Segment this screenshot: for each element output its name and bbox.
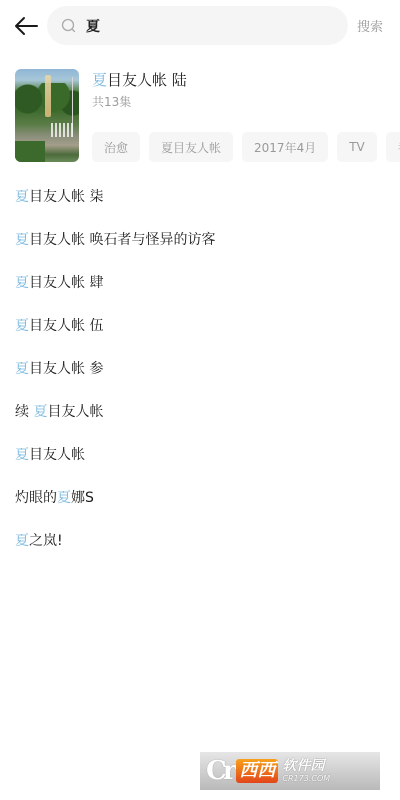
result-item[interactable]: 夏目友人帐 参 (15, 358, 385, 401)
tag-list: 治愈 夏目友人帐 2017年4月 TV 番 (92, 132, 400, 162)
result-item[interactable]: 夏目友人帐 柒 (15, 186, 385, 229)
title-highlight: 夏 (92, 71, 107, 89)
watermark-mark: Cr (206, 756, 232, 786)
result-item[interactable]: 夏目友人帐 肆 (15, 272, 385, 315)
match-highlight: 夏 (15, 275, 29, 291)
search-input[interactable] (86, 18, 316, 34)
tag-more[interactable]: 番 (386, 132, 400, 162)
arrow-left-icon (13, 16, 39, 36)
match-highlight: 夏 (15, 447, 29, 463)
search-bar[interactable] (47, 6, 348, 45)
back-button[interactable] (12, 12, 40, 40)
watermark-url: CR173.COM (282, 775, 330, 783)
match-highlight: 夏 (15, 232, 29, 248)
result-item[interactable]: 夏之岚! (15, 530, 385, 573)
result-item[interactable]: 续 夏目友人帐 (15, 401, 385, 444)
match-highlight: 夏 (33, 404, 47, 420)
search-results-list: 夏目友人帐 柒 夏目友人帐 唤石者与怪异的访客 夏目友人帐 肆 夏目友人帐 伍 … (15, 186, 385, 573)
result-item[interactable]: 夏目友人帐 伍 (15, 315, 385, 358)
tag-format[interactable]: TV (337, 132, 377, 162)
episode-count: 共13集 (92, 93, 131, 110)
search-icon (61, 18, 77, 34)
watermark-logo: Cr 西西 软件园 CR173.COM (200, 752, 380, 790)
match-highlight: 夏 (15, 533, 29, 549)
watermark-brand: 西西 (236, 759, 278, 783)
featured-title[interactable]: 夏目友人帐 陆 (92, 69, 187, 90)
tag-date[interactable]: 2017年4月 (242, 132, 328, 162)
title-text: 目友人帐 陆 (107, 71, 187, 89)
match-highlight: 夏 (15, 318, 29, 334)
result-item[interactable]: 夏目友人帐 唤石者与怪异的访客 (15, 229, 385, 272)
result-item[interactable]: 灼眼的夏娜S (15, 487, 385, 530)
search-submit-button[interactable]: 搜索 (357, 16, 383, 35)
tag-series[interactable]: 夏目友人帐 (149, 132, 233, 162)
match-highlight: 夏 (15, 189, 29, 205)
watermark-name: 软件园 (282, 759, 330, 773)
search-header: 搜索 (0, 0, 400, 52)
match-highlight: 夏 (57, 490, 71, 506)
result-item[interactable]: 夏目友人帐 (15, 444, 385, 487)
featured-result[interactable]: 夏目友人帐 陆 共13集 治愈 夏目友人帐 2017年4月 TV 番 (15, 69, 400, 163)
tag-healing[interactable]: 治愈 (92, 132, 140, 162)
match-highlight: 夏 (15, 361, 29, 377)
cover-image[interactable] (15, 69, 79, 162)
